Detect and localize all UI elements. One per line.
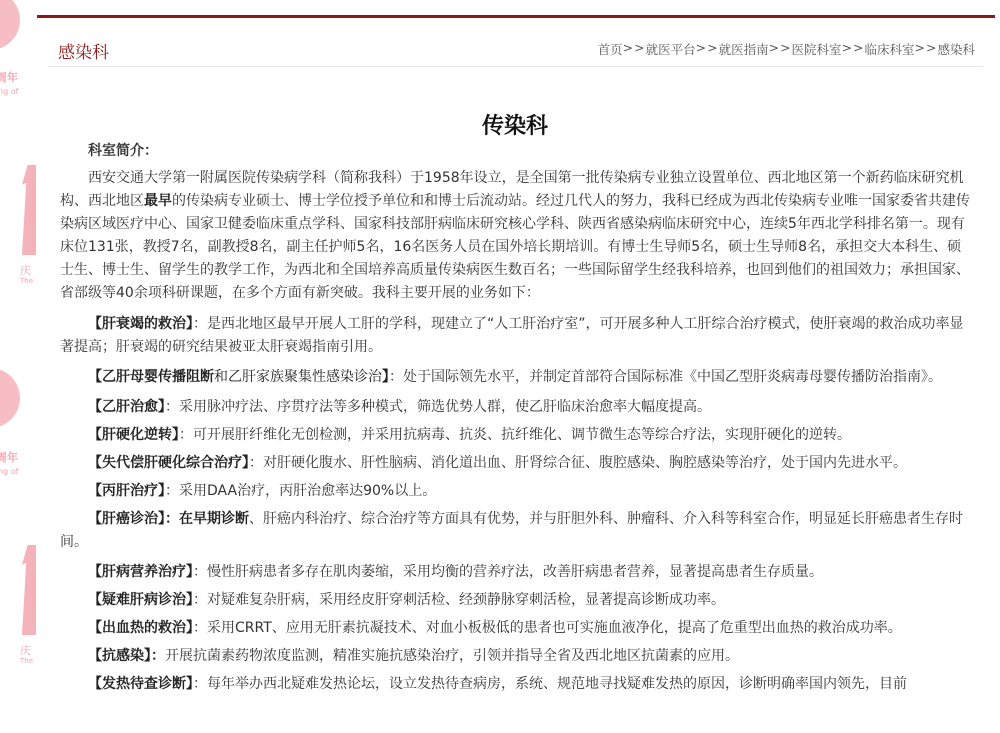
deco-numeral-shape	[22, 165, 36, 255]
deco-circle-shape	[0, 368, 20, 428]
service-emphasis: 在早期诊断	[179, 511, 249, 527]
service-separator: ：	[389, 369, 403, 385]
deco-anniversary-text: 周年	[0, 72, 18, 84]
service-separator: ：	[165, 399, 179, 415]
deco-anniversary-sub: ng of	[0, 87, 18, 96]
service-separator: ：	[249, 455, 263, 471]
article-body: 科室简介： 西安交通大学第一附属医院传染病学科（简称我科）于1958年设立，是全…	[60, 140, 975, 701]
service-title-normal: 和乙肝家族聚集性感染诊治	[214, 369, 382, 385]
deco-numeral-shape	[22, 545, 36, 635]
service-item-anti-infection: 【抗感染】：开展抗菌素药物浓度监测，精准实施抗感染治疗，引领并指导全省及西北地区…	[60, 645, 975, 668]
intro-text: 的传染病专业硕士、博士学位授予单位和和博士后流动站。经过几代人的努力，我科已经成…	[60, 193, 970, 301]
intro-heading: 科室简介：	[60, 140, 975, 163]
service-title-close: 】	[382, 369, 389, 385]
deco-celebrate-sub: The	[20, 657, 33, 665]
intro-emphasis: 最早	[144, 193, 172, 209]
breadcrumb: 首页 >> 就医平台 >> 就医指南 >> 医院科室 >> 临床科室 >> 感染…	[598, 40, 975, 58]
service-description: 处于国际领先水平，并制定首部符合国际标准《中国乙型肝炎病毒母婴传播防治指南》。	[403, 369, 942, 385]
service-separator: ：	[179, 427, 193, 443]
service-item-hbv-cure: 【乙肝治愈】：采用脉冲疗法、序贯疗法等多种模式，筛选优势人群，使乙肝临床治愈率大…	[60, 396, 975, 419]
service-item-decompensated-cirrhosis: 【失代偿肝硬化综合治疗】：对肝硬化腹水、肝性脑病、消化道出血、肝肾综合征、腹腔感…	[60, 452, 975, 475]
service-title: 【肝病营养治疗】	[88, 564, 193, 580]
service-title: 【出血热的救治】	[88, 620, 193, 636]
service-description: 采用DAA治疗，丙肝治愈率达90%以上。	[179, 483, 436, 499]
breadcrumb-separator: >>	[842, 40, 865, 58]
breadcrumb-clinical-departments[interactable]: 临床科室	[865, 40, 915, 58]
breadcrumb-separator: >>	[696, 40, 719, 58]
service-title: 【肝衰竭的救治】	[88, 316, 193, 332]
breadcrumb-separator: >>	[769, 40, 792, 58]
deco-circle-shape	[0, 0, 20, 50]
service-title: 【乙肝母婴传播阻断	[88, 369, 214, 385]
service-separator: ：	[193, 620, 207, 636]
service-title: 【失代偿肝硬化综合治疗】	[88, 455, 249, 471]
service-item-fever-diagnosis: 【发热待查诊断】：每年举办西北疑难发热论坛，设立发热待查病房，系统、规范地寻找疑…	[60, 673, 975, 696]
breadcrumb-separator: >>	[915, 40, 938, 58]
service-title: 【丙肝治疗】	[88, 483, 165, 499]
service-description: 对肝硬化腹水、肝性脑病、消化道出血、肝肾综合征、腹腔感染、胸腔感染等治疗，处于国…	[263, 455, 907, 471]
deco-celebrate-sub: The	[20, 277, 33, 285]
service-item-nutrition: 【肝病营养治疗】：慢性肝病患者多存在肌肉萎缩，采用均衡的营养疗法，改善肝病患者营…	[60, 561, 975, 584]
service-item-difficult-liver: 【疑难肝病诊治】：对疑难复杂肝病，采用经皮肝穿刺活检、经颈静脉穿刺活检，显著提高…	[60, 589, 975, 612]
service-separator: ：	[193, 316, 207, 332]
service-title: 【发热待查诊断】	[88, 676, 193, 692]
section-header: 感染科 首页 >> 就医平台 >> 就医指南 >> 医院科室 >> 临床科室 >…	[48, 30, 983, 67]
service-description: 每年举办西北疑难发热论坛，设立发热待查病房，系统、规范地寻找疑难发热的原因，诊断…	[207, 676, 907, 692]
service-item-liver-cancer: 【肝癌诊治】：在早期诊断、肝癌内科治疗、综合治疗等方面具有优势，并与肝胆外科、肿…	[60, 508, 975, 554]
service-description: 开展抗菌素药物浓度监测，精准实施抗感染治疗，引领并指导全省及西北地区抗菌素的应用…	[165, 648, 739, 664]
intro-paragraph: 西安交通大学第一附属医院传染病学科（简称我科）于1958年设立，是全国第一批传染…	[60, 167, 975, 305]
breadcrumb-medical-guide[interactable]: 就医指南	[719, 40, 769, 58]
breadcrumb-current-infection-dept[interactable]: 感染科	[937, 40, 975, 58]
service-title: 【肝癌诊治】：	[88, 511, 179, 527]
service-description: 可开展肝纤维化无创检测，并采用抗病毒、抗炎、抗纤维化、调节微生态等综合疗法，实现…	[193, 427, 851, 443]
service-separator: ：	[193, 676, 207, 692]
deco-celebrate-text: 庆	[20, 642, 31, 658]
service-description: 对疑难复杂肝病，采用经皮肝穿刺活检、经颈静脉穿刺活检，显著提高诊断成功率。	[207, 592, 725, 608]
service-separator: ：	[193, 592, 207, 608]
service-item-hbv-mother-infant: 【乙肝母婴传播阻断和乙肝家族聚集性感染诊治】：处于国际领先水平，并制定首部符合国…	[60, 366, 975, 389]
service-title: 【乙肝治愈】	[88, 399, 165, 415]
service-description: 采用脉冲疗法、序贯疗法等多种模式，筛选优势人群，使乙肝临床治愈率大幅度提高。	[179, 399, 711, 415]
service-description: 采用CRRT、应用无肝素抗凝技术、对血小板极低的患者也可实施血液净化，提高了危重…	[207, 620, 902, 636]
service-item-cirrhosis-reversal: 【肝硬化逆转】：可开展肝纤维化无创检测，并采用抗病毒、抗炎、抗纤维化、调节微生态…	[60, 424, 975, 447]
service-title: 【疑难肝病诊治】	[88, 592, 193, 608]
top-divider	[37, 15, 995, 18]
service-item-hcv-treatment: 【丙肝治疗】：采用DAA治疗，丙肝治愈率达90%以上。	[60, 480, 975, 503]
service-item-liver-failure: 【肝衰竭的救治】：是西北地区最早开展人工肝的学科，现建立了“人工肝治疗室”，可开…	[60, 313, 975, 359]
service-title: 【肝硬化逆转】	[88, 427, 179, 443]
deco-celebrate-text: 庆	[20, 262, 31, 278]
service-title: 【抗感染】：	[88, 648, 165, 664]
breadcrumb-hospital-departments[interactable]: 医院科室	[792, 40, 842, 58]
breadcrumb-separator: >>	[623, 40, 646, 58]
service-separator: ：	[193, 564, 207, 580]
service-item-hemorrhagic-fever: 【出血热的救治】：采用CRRT、应用无肝素抗凝技术、对血小板极低的患者也可实施血…	[60, 617, 975, 640]
service-separator: ：	[165, 483, 179, 499]
section-title: 感染科	[58, 38, 109, 63]
breadcrumb-medical-platform[interactable]: 就医平台	[646, 40, 696, 58]
breadcrumb-home[interactable]: 首页	[598, 40, 623, 58]
deco-anniversary-sub: ng of	[0, 467, 18, 476]
service-description: 慢性肝病患者多存在肌肉萎缩，采用均衡的营养疗法，改善肝病患者营养，显著提高患者生…	[207, 564, 823, 580]
deco-anniversary-text: 周年	[0, 452, 18, 464]
page-title: 传染科	[0, 109, 1000, 140]
